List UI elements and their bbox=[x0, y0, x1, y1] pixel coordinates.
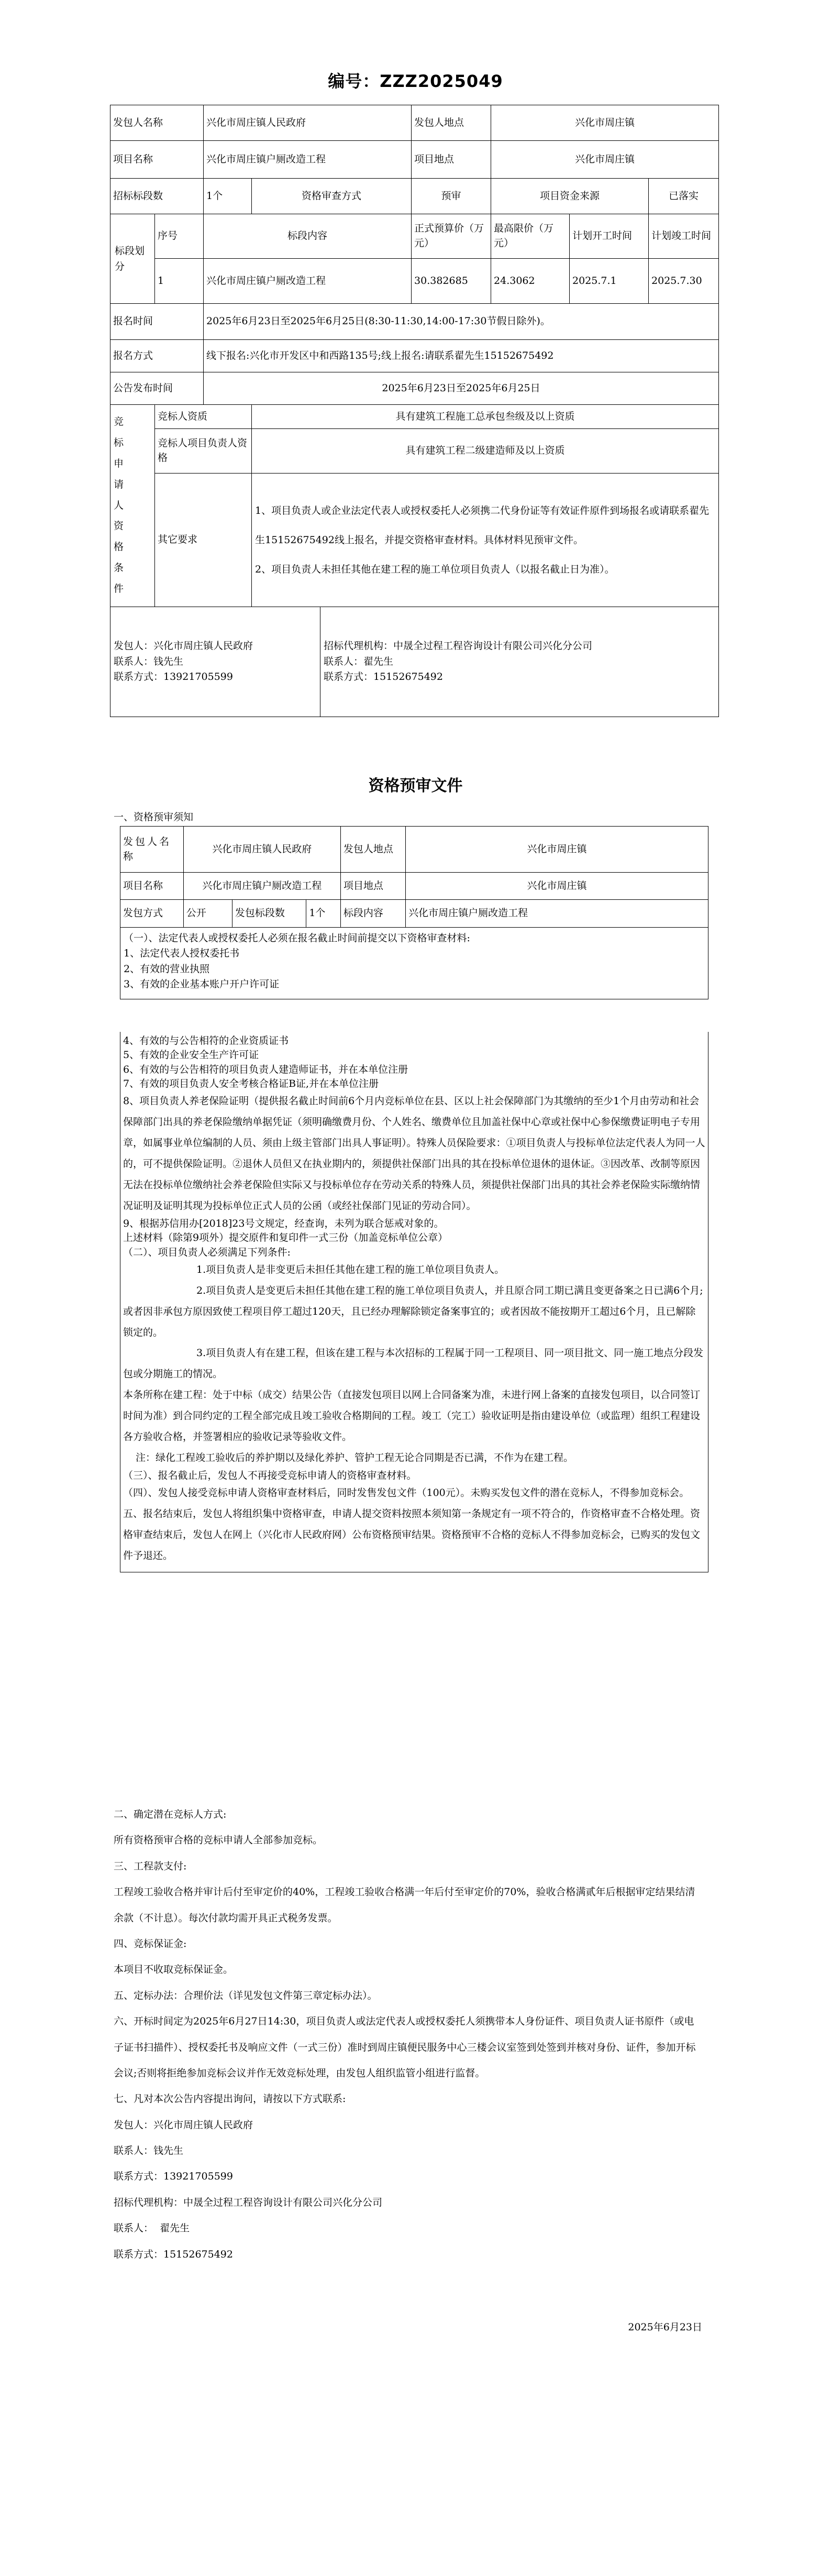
pm-qual-label: 竞标人项目负责人资格 bbox=[155, 429, 252, 474]
section6: 六、开标时间定为2025年6月27日14:30，项目负责人或法定代表人或授权委托… bbox=[114, 2009, 702, 2086]
prequal-item-4: （四）、发包人接受竞标申请人资格审查材料后，同时发售发包文件（100元）。未购买… bbox=[123, 1483, 705, 1504]
lot-end: 2025.7.30 bbox=[649, 259, 719, 304]
publish-time-label: 公告发布时间 bbox=[110, 372, 204, 405]
materials-note: 上述材料（除第9项外）提交原件和复印件一式三份（加盖竞标单位公章） bbox=[123, 1231, 705, 1245]
prequal-lot-count-label: 发包标段数 bbox=[232, 900, 306, 928]
pm-qual-row: 竞标人项目负责人资格 具有建筑工程二级建造师及以上资质 bbox=[110, 429, 719, 474]
registration-time-row: 报名时间 2025年6月23日至2025年6月25日(8:30-11:30,14… bbox=[110, 304, 719, 340]
contact-employer: 发包人：兴化市周庄镇人民政府 bbox=[114, 2112, 702, 2138]
bidder-qual-value: 具有建筑工程施工总承包叁级及以上资质 bbox=[252, 405, 719, 429]
registration-method-label: 报名方式 bbox=[110, 340, 204, 372]
lot-max-price: 24.3062 bbox=[491, 259, 570, 304]
publish-time-value: 2025年6月23日至2025年6月25日 bbox=[204, 372, 719, 405]
lot-max-price-header: 最高限价（万元） bbox=[491, 214, 570, 259]
lot-budget: 30.382685 bbox=[412, 259, 491, 304]
agency-contact-person: 联系人：翟先生 bbox=[324, 654, 715, 669]
project-name-value: 兴化市周庄镇户厕改造工程 bbox=[204, 141, 412, 179]
section2-body: 所有资格预审合格的竞标申请人全部参加竞标。 bbox=[114, 1828, 702, 1853]
material-item-pension: 8、项目负责人养老保险证明（提供报名截止时间前6个月内竞标单位在县、区以上社会保… bbox=[123, 1091, 705, 1216]
section5: 五、定标办法：合理价法（详见发包文件第三章定标办法）。 bbox=[114, 1983, 702, 2009]
lot-start: 2025.7.1 bbox=[570, 259, 649, 304]
section7-title: 七、凡对本次公告内容提出询问，请按以下方式联系: bbox=[114, 2086, 702, 2112]
materials-box-part1: （一）、法定代表人或授权委托人必须在报名截止时间前提交以下资格审查材料: 1、法… bbox=[120, 928, 708, 999]
section2-title: 二、确定潜在竞标人方式: bbox=[114, 1802, 702, 1828]
prequal-item-3: （三）、报名截止后，发包人不再接受竞标申请人的资格审查材料。 bbox=[123, 1469, 705, 1483]
section4-body: 本项目不收取竞标保证金。 bbox=[114, 1957, 702, 1983]
employer-contact-name: 发包人：兴化市周庄镇人民政府 bbox=[114, 639, 317, 654]
prequal-materials-first-row: （一）、法定代表人或授权委托人必须在报名截止时间前提交以下资格审查材料: 1、法… bbox=[120, 928, 708, 999]
prequal-method-value: 公开 bbox=[183, 900, 232, 928]
fund-source-label: 项目资金来源 bbox=[491, 179, 649, 214]
employer-contact-cell: 发包人：兴化市周庄镇人民政府 联系人：钱先生 联系方式：13921705599 bbox=[110, 607, 320, 717]
prequal-table: 发包人名称 兴化市周庄镇人民政府 发包人地点 兴化市周庄镇 项目名称 兴化市周庄… bbox=[120, 826, 708, 999]
prequal-lot-content-value: 兴化市周庄镇户厕改造工程 bbox=[406, 900, 708, 928]
pm-item: 3.项目负责人有在建工程，但该在建工程与本次招标的工程属于同一工程项目、同一项目… bbox=[123, 1343, 705, 1385]
review-method-value: 预审 bbox=[412, 179, 491, 214]
publish-time-row: 公告发布时间 2025年6月23日至2025年6月25日 bbox=[110, 372, 719, 405]
material-item: 4、有效的与公告相符的企业资质证书 bbox=[123, 1034, 705, 1048]
remaining-sections: 二、确定潜在竞标人方式: 所有资格预审合格的竞标申请人全部参加竞标。 三、工程款… bbox=[114, 1802, 702, 2340]
prequal-project-label: 项目名称 bbox=[120, 873, 184, 900]
agency-contact-cell: 招标代理机构：中晟全过程工程咨询设计有限公司兴化分公司 联系人：翟先生 联系方式… bbox=[320, 607, 719, 717]
materials-heading: （一）、法定代表人或授权委托人必须在报名截止时间前提交以下资格审查材料: bbox=[124, 931, 705, 946]
prequal-employer-value: 兴化市周庄镇人民政府 bbox=[183, 827, 340, 873]
material-item: 3、有效的企业基本账户开户许可证 bbox=[124, 977, 705, 992]
lot-content-header: 标段内容 bbox=[204, 214, 412, 259]
pm-item: 1.项目负责人是非变更后未担任其他在建工程的施工单位项目负责人。 bbox=[123, 1260, 705, 1281]
lot-row: 1 兴化市周庄镇户厕改造工程 30.382685 24.3062 2025.7.… bbox=[110, 259, 719, 304]
section4-title: 四、竞标保证金: bbox=[114, 1931, 702, 1957]
project-location-value: 兴化市周庄镇 bbox=[491, 141, 719, 179]
document-date: 2025年6月23日 bbox=[114, 2315, 702, 2340]
pm-heading: （二）、项目负责人必须满足下列条件: bbox=[123, 1246, 705, 1260]
greening-note: 注：绿化工程竣工验收后的养护期以及绿化养护、管护工程无论合同期是否已满，不作为在… bbox=[123, 1448, 705, 1469]
material-item: 5、有效的企业安全生产许可证 bbox=[123, 1048, 705, 1062]
lot-count-label: 招标标段数 bbox=[110, 179, 204, 214]
prequal-project-location-label: 项目地点 bbox=[340, 873, 405, 900]
material-item: 7、有效的项目负责人安全考核合格证B证,并在本单位注册 bbox=[123, 1077, 705, 1091]
contact-employer-person: 联系人：钱先生 bbox=[114, 2138, 702, 2164]
document-number: 编号：ZZZ2025049 bbox=[0, 68, 831, 92]
prequal-method-label: 发包方式 bbox=[120, 900, 184, 928]
lot-end-header: 计划竣工时间 bbox=[649, 214, 719, 259]
prequal-project-row: 项目名称 兴化市周庄镇户厕改造工程 项目地点 兴化市周庄镇 bbox=[120, 873, 708, 900]
announcement-table: 发包人名称 兴化市周庄镇人民政府 发包人地点 兴化市周庄镇 项目名称 兴化市周庄… bbox=[110, 105, 719, 717]
registration-method-row: 报名方式 线下报名:兴化市开发区中和西路135号;线上报名:请联系翟先生1515… bbox=[110, 340, 719, 372]
lot-seq-header: 序号 bbox=[155, 214, 204, 259]
prequal-title: 资格预审文件 bbox=[0, 773, 831, 796]
section3-title: 三、工程款支付: bbox=[114, 1854, 702, 1879]
agency-contact-name: 招标代理机构：中晟全过程工程咨询设计有限公司兴化分公司 bbox=[324, 639, 715, 654]
employer-contact-person: 联系人：钱先生 bbox=[114, 654, 317, 669]
prequal-item-5: 五、报名结束后，发包人将组织集中资格审查，申请人提交资料按照本须知第一条规定有一… bbox=[123, 1504, 705, 1567]
prequal-section1-title: 一、资格预审须知 bbox=[114, 809, 193, 823]
prequal-project-location-value: 兴化市周庄镇 bbox=[406, 873, 708, 900]
lot-content: 兴化市周庄镇户厕改造工程 bbox=[204, 259, 412, 304]
review-method-label: 资格审查方式 bbox=[252, 179, 412, 214]
contact-employer-phone: 联系方式：13921705599 bbox=[114, 2164, 702, 2189]
pm-item: 2.项目负责人是变更后未担任其他在建工程的施工单位项目负责人，并且原合同工期已满… bbox=[123, 1281, 705, 1344]
employer-name-label: 发包人名称 bbox=[110, 105, 204, 141]
employer-location-label: 发包人地点 bbox=[412, 105, 491, 141]
material-item: 1、法定代表人授权委托书 bbox=[124, 946, 705, 961]
project-name-label: 项目名称 bbox=[110, 141, 204, 179]
employer-contact-phone: 联系方式：13921705599 bbox=[114, 669, 317, 685]
prequal-employer-location-value: 兴化市周庄镇 bbox=[406, 827, 708, 873]
registration-time-label: 报名时间 bbox=[110, 304, 204, 340]
other-req-item-1: 1、项目负责人或企业法定代表人或授权委托人必须携二代身份证等有效证件原件到场报名… bbox=[255, 496, 715, 555]
other-req-row: 其它要求 1、项目负责人或企业法定代表人或授权委托人必须携二代身份证等有效证件原… bbox=[110, 474, 719, 607]
lot-budget-header: 正式预算价（万元） bbox=[412, 214, 491, 259]
fund-source-value: 已落实 bbox=[649, 179, 719, 214]
lot-start-header: 计划开工时间 bbox=[570, 214, 649, 259]
pm-qual-value: 具有建筑工程二级建造师及以上资质 bbox=[252, 429, 719, 474]
materials-box-part2: 4、有效的与公告相符的企业资质证书 5、有效的企业安全生产许可证 6、有效的与公… bbox=[120, 1032, 708, 1572]
bidder-qual-label: 竞标人资质 bbox=[155, 405, 252, 429]
in-progress-definition: 本条所称在建工程：处于中标（成交）结果公告（直接发包项目以网上合同备案为准，未进… bbox=[123, 1385, 705, 1448]
employer-location-value: 兴化市周庄镇 bbox=[491, 105, 719, 141]
lot-header-row: 标段划分 序号 标段内容 正式预算价（万元） 最高限价（万元） 计划开工时间 计… bbox=[110, 214, 719, 259]
material-item: 2、有效的营业执照 bbox=[124, 962, 705, 977]
prequal-method-row: 发包方式 公开 发包标段数 1个 标段内容 兴化市周庄镇户厕改造工程 bbox=[120, 900, 708, 928]
lot-division-label: 标段划分 bbox=[110, 214, 155, 304]
prequal-employer-label: 发包人名称 bbox=[120, 827, 184, 873]
prequal-project-value: 兴化市周庄镇户厕改造工程 bbox=[183, 873, 340, 900]
other-req-value: 1、项目负责人或企业法定代表人或授权委托人必须携二代身份证等有效证件原件到场报名… bbox=[252, 474, 719, 607]
bidder-qual-row: 竞标申请人资格条件 竞标人资质 具有建筑工程施工总承包叁级及以上资质 bbox=[110, 405, 719, 429]
section3-body: 工程竣工验收合格并审计后付至审定价的40%，工程竣工验收合格满一年后付至审定价的… bbox=[114, 1879, 702, 1931]
registration-method-value: 线下报名:兴化市开发区中和西路135号;线上报名:请联系翟先生151526754… bbox=[204, 340, 719, 372]
prequal-employer-location-label: 发包人地点 bbox=[340, 827, 405, 873]
registration-time-value: 2025年6月23日至2025年6月25日(8:30-11:30,14:00-1… bbox=[204, 304, 719, 340]
contact-agency-phone: 联系方式：15152675492 bbox=[114, 2242, 702, 2267]
prequal-employer-row: 发包人名称 兴化市周庄镇人民政府 发包人地点 兴化市周庄镇 bbox=[120, 827, 708, 873]
employer-name-value: 兴化市周庄镇人民政府 bbox=[204, 105, 412, 141]
material-item: 9、根据苏信用办[2018]23号文规定，经查询，未列为联合惩戒对象的。 bbox=[123, 1217, 705, 1231]
qualification-group-label: 竞标申请人资格条件 bbox=[110, 405, 155, 607]
agency-contact-phone: 联系方式：15152675492 bbox=[324, 669, 715, 685]
prequal-lot-count-value: 1个 bbox=[306, 900, 341, 928]
prequal-lot-content-label: 标段内容 bbox=[340, 900, 405, 928]
project-row: 项目名称 兴化市周庄镇户厕改造工程 项目地点 兴化市周庄镇 bbox=[110, 141, 719, 179]
contacts-row: 发包人：兴化市周庄镇人民政府 联系人：钱先生 联系方式：13921705599 … bbox=[110, 607, 719, 717]
lot-seq: 1 bbox=[155, 259, 204, 304]
lot-count-row: 招标标段数 1个 资格审查方式 预审 项目资金来源 已落实 bbox=[110, 179, 719, 214]
contact-agency: 招标代理机构：中晟全过程工程咨询设计有限公司兴化分公司 bbox=[114, 2190, 702, 2216]
other-req-label: 其它要求 bbox=[155, 474, 252, 607]
lot-count-value: 1个 bbox=[204, 179, 252, 214]
employer-row: 发包人名称 兴化市周庄镇人民政府 发包人地点 兴化市周庄镇 bbox=[110, 105, 719, 141]
other-req-item-2: 2、项目负责人未担任其他在建工程的施工单位项目负责人（以报名截止日为准）。 bbox=[255, 555, 715, 584]
project-location-label: 项目地点 bbox=[412, 141, 491, 179]
contact-agency-person: 联系人： 翟先生 bbox=[114, 2216, 702, 2241]
material-item: 6、有效的与公告相符的项目负责人建造师证书，并在本单位注册 bbox=[123, 1063, 705, 1077]
